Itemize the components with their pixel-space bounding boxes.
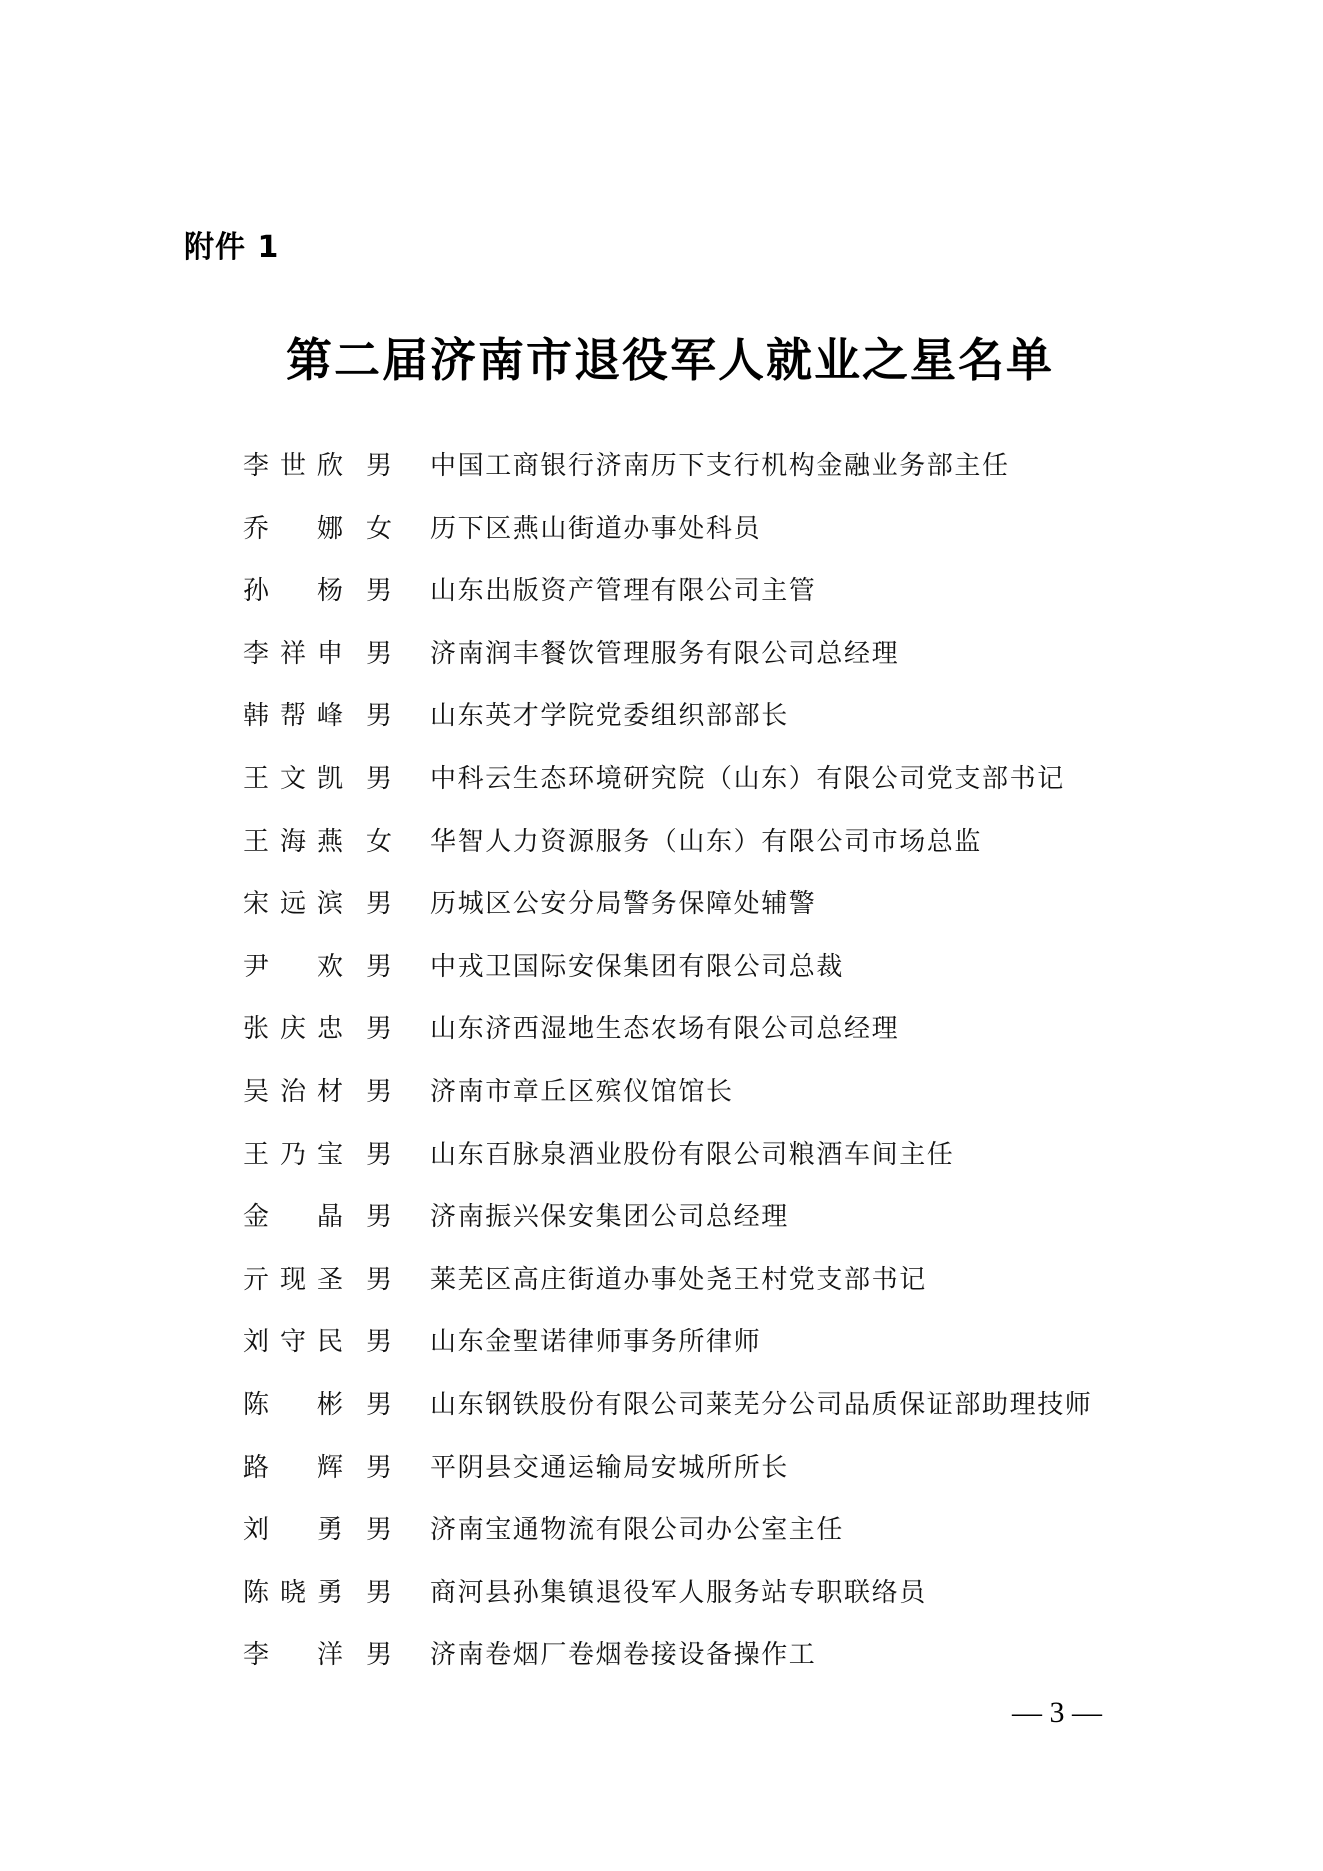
person-gender: 男 bbox=[366, 571, 392, 611]
person-position: 中戎卫国际安保集团有限公司总裁 bbox=[430, 947, 844, 987]
list-item: 刘守民男山东金聖诺律师事务所律师 bbox=[0, 1322, 1323, 1362]
person-gender: 男 bbox=[366, 1635, 392, 1675]
person-name: 韩帮峰 bbox=[243, 696, 343, 736]
person-gender: 女 bbox=[366, 822, 392, 862]
document-title: 第二届济南市退役军人就业之星名单 bbox=[286, 324, 1066, 390]
list-item: 韩帮峰男山东英才学院党委组织部部长 bbox=[0, 696, 1323, 736]
list-item: 乔娜女历下区燕山街道办事处科员 bbox=[0, 509, 1323, 549]
person-gender: 女 bbox=[366, 509, 392, 549]
person-gender: 男 bbox=[366, 1573, 392, 1613]
person-gender: 男 bbox=[366, 1322, 392, 1362]
person-name: 金晶 bbox=[243, 1197, 343, 1237]
person-gender: 男 bbox=[366, 1197, 392, 1237]
person-name: 乔娜 bbox=[243, 509, 343, 549]
list-item: 陈晓勇男商河县孙集镇退役军人服务站专职联络员 bbox=[0, 1573, 1323, 1613]
person-name: 刘勇 bbox=[243, 1510, 343, 1550]
person-name: 宋远滨 bbox=[243, 884, 343, 924]
list-item: 亓现圣男莱芜区高庄街道办事处尧王村党支部书记 bbox=[0, 1260, 1323, 1300]
person-gender: 男 bbox=[366, 446, 392, 486]
list-item: 宋远滨男历城区公安分局警务保障处辅警 bbox=[0, 884, 1323, 924]
person-name: 张庆忠 bbox=[243, 1009, 343, 1049]
person-gender: 男 bbox=[366, 634, 392, 674]
person-gender: 男 bbox=[366, 884, 392, 924]
person-gender: 男 bbox=[366, 1448, 392, 1488]
person-name: 孙杨 bbox=[243, 571, 343, 611]
person-position: 中国工商银行济南历下支行机构金融业务部主任 bbox=[430, 446, 1010, 486]
list-item: 张庆忠男山东济西湿地生态农场有限公司总经理 bbox=[0, 1009, 1323, 1049]
person-position: 商河县孙集镇退役军人服务站专职联络员 bbox=[430, 1573, 927, 1613]
person-name: 王文凯 bbox=[243, 759, 343, 799]
person-name: 陈晓勇 bbox=[243, 1573, 343, 1613]
person-name: 吴治材 bbox=[243, 1072, 343, 1112]
person-position: 山东百脉泉酒业股份有限公司粮酒车间主任 bbox=[430, 1135, 954, 1175]
list-item: 王文凯男中科云生态环境研究院（山东）有限公司党支部书记 bbox=[0, 759, 1323, 799]
person-position: 中科云生态环境研究院（山东）有限公司党支部书记 bbox=[430, 759, 1065, 799]
person-position: 济南卷烟厂卷烟卷接设备操作工 bbox=[430, 1635, 816, 1675]
page-number: — 3 — bbox=[1012, 1696, 1102, 1730]
list-item: 李祥申男济南润丰餐饮管理服务有限公司总经理 bbox=[0, 634, 1323, 674]
person-position: 济南振兴保安集团公司总经理 bbox=[430, 1197, 789, 1237]
person-gender: 男 bbox=[366, 1072, 392, 1112]
list-item: 尹欢男中戎卫国际安保集团有限公司总裁 bbox=[0, 947, 1323, 987]
person-name: 亓现圣 bbox=[243, 1260, 343, 1300]
person-name: 刘守民 bbox=[243, 1322, 343, 1362]
person-position: 济南市章丘区殡仪馆馆长 bbox=[430, 1072, 734, 1112]
person-position: 山东金聖诺律师事务所律师 bbox=[430, 1322, 761, 1362]
person-gender: 男 bbox=[366, 1009, 392, 1049]
person-position: 山东出版资产管理有限公司主管 bbox=[430, 571, 816, 611]
person-position: 历下区燕山街道办事处科员 bbox=[430, 509, 761, 549]
person-gender: 男 bbox=[366, 1510, 392, 1550]
person-position: 莱芜区高庄街道办事处尧王村党支部书记 bbox=[430, 1260, 927, 1300]
person-name: 王海燕 bbox=[243, 822, 343, 862]
attachment-label: 附件 1 bbox=[184, 222, 279, 266]
list-item: 刘勇男济南宝通物流有限公司办公室主任 bbox=[0, 1510, 1323, 1550]
person-position: 山东钢铁股份有限公司莱芜分公司品质保证部助理技师 bbox=[430, 1385, 1092, 1425]
list-item: 吴治材男济南市章丘区殡仪馆馆长 bbox=[0, 1072, 1323, 1112]
person-gender: 男 bbox=[366, 759, 392, 799]
person-name: 李洋 bbox=[243, 1635, 343, 1675]
person-position: 山东济西湿地生态农场有限公司总经理 bbox=[430, 1009, 899, 1049]
person-position: 济南宝通物流有限公司办公室主任 bbox=[430, 1510, 844, 1550]
list-item: 王乃宝男山东百脉泉酒业股份有限公司粮酒车间主任 bbox=[0, 1135, 1323, 1175]
person-name: 王乃宝 bbox=[243, 1135, 343, 1175]
list-item: 路辉男平阴县交通运输局安城所所长 bbox=[0, 1448, 1323, 1488]
person-position: 平阴县交通运输局安城所所长 bbox=[430, 1448, 789, 1488]
person-name: 李祥申 bbox=[243, 634, 343, 674]
list-item: 陈彬男山东钢铁股份有限公司莱芜分公司品质保证部助理技师 bbox=[0, 1385, 1323, 1425]
list-item: 王海燕女华智人力资源服务（山东）有限公司市场总监 bbox=[0, 822, 1323, 862]
person-name: 陈彬 bbox=[243, 1385, 343, 1425]
person-position: 历城区公安分局警务保障处辅警 bbox=[430, 884, 816, 924]
list-item: 李世欣男中国工商银行济南历下支行机构金融业务部主任 bbox=[0, 446, 1323, 486]
person-position: 济南润丰餐饮管理服务有限公司总经理 bbox=[430, 634, 899, 674]
person-name: 李世欣 bbox=[243, 446, 343, 486]
person-position: 华智人力资源服务（山东）有限公司市场总监 bbox=[430, 822, 982, 862]
person-gender: 男 bbox=[366, 1260, 392, 1300]
person-gender: 男 bbox=[366, 1135, 392, 1175]
list-item: 李洋男济南卷烟厂卷烟卷接设备操作工 bbox=[0, 1635, 1323, 1675]
person-name: 路辉 bbox=[243, 1448, 343, 1488]
person-gender: 男 bbox=[366, 1385, 392, 1425]
person-name: 尹欢 bbox=[243, 947, 343, 987]
person-position: 山东英才学院党委组织部部长 bbox=[430, 696, 789, 736]
person-gender: 男 bbox=[366, 696, 392, 736]
person-gender: 男 bbox=[366, 947, 392, 987]
list-item: 孙杨男山东出版资产管理有限公司主管 bbox=[0, 571, 1323, 611]
list-item: 金晶男济南振兴保安集团公司总经理 bbox=[0, 1197, 1323, 1237]
